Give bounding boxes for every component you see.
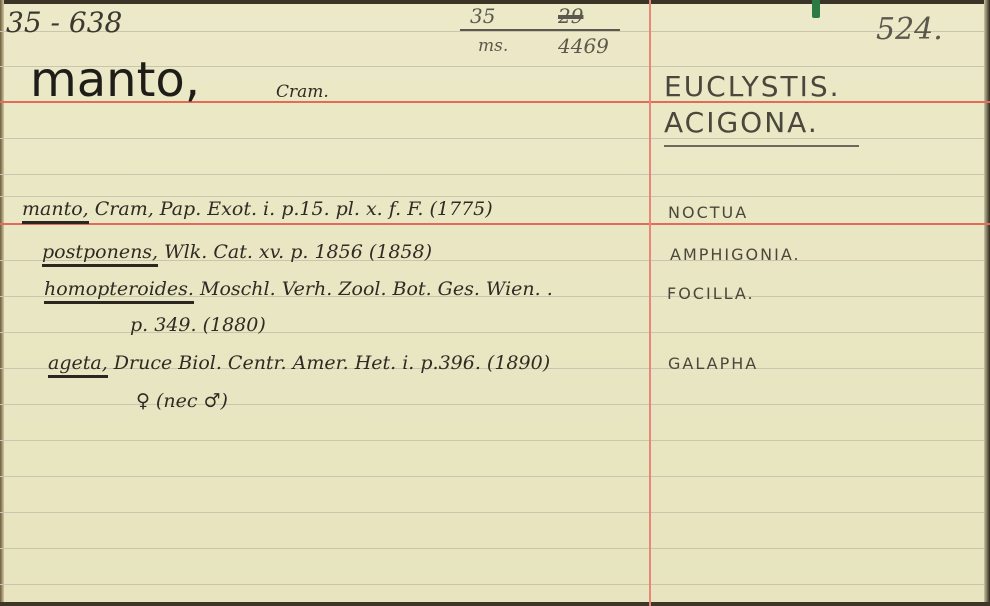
synonym-citation-continuation: ♀ (nec ♂): [136, 390, 228, 412]
synonym-name: ageta,: [48, 352, 108, 378]
fraction-bar: [460, 29, 620, 31]
synonym-entry: postponens, Wlk. Cat. xv. p. 1856 (1858): [42, 241, 432, 263]
card-page-number: 524.: [876, 12, 943, 47]
synonym-genus: AMPHIGONIA.: [670, 245, 801, 264]
ruled-line: [0, 584, 984, 585]
red-margin-line: [649, 0, 651, 606]
genus-heading-secondary: ACIGONA.: [664, 106, 859, 147]
synonym-name: manto,: [22, 198, 89, 224]
synonym-entry: homopteroides. Moschl. Verh. Zool. Bot. …: [44, 278, 553, 300]
green-tab-marker: [812, 0, 820, 18]
synonym-citation: Wlk. Cat. xv. p. 1856 (1858): [164, 241, 432, 263]
synonym-citation: Moschl. Verh. Zool. Bot. Ges. Wien. .: [200, 278, 553, 300]
index-card: 35 - 638 35 29 ms. 4469 524. manto, Cram…: [0, 0, 990, 606]
synonym-entry: manto, Cram, Pap. Exot. i. p.15. pl. x. …: [22, 198, 493, 220]
synonym-genus: NOCTUA: [668, 203, 748, 222]
ruled-line: [0, 512, 984, 513]
red-header-line: [0, 223, 990, 225]
synonym-entry: ageta, Druce Biol. Centr. Amer. Het. i. …: [48, 352, 550, 374]
ruled-line: [0, 440, 984, 441]
ruled-line: [0, 31, 984, 32]
register-numerator-struck: 29: [558, 4, 583, 28]
synonym-name: homopteroides.: [44, 278, 194, 304]
ruled-line: [0, 548, 984, 549]
register-numerator-left: 35: [470, 4, 495, 28]
synonym-citation: Cram, Pap. Exot. i. p.15. pl. x. f. F. (…: [95, 198, 493, 220]
synonym-citation: Druce Biol. Centr. Amer. Het. i. p.396. …: [114, 352, 550, 374]
synonym-genus: FOCILLA.: [667, 284, 755, 303]
synonym-genus: GALAPHA: [668, 354, 758, 373]
register-denominator-right: 4469: [558, 34, 609, 58]
ruled-line: [0, 476, 984, 477]
card-bottom-edge: [0, 602, 990, 606]
synonym-name: postponens,: [42, 241, 158, 267]
card-right-edge: [984, 0, 990, 606]
genus-heading-primary: EUCLYSTIS.: [664, 70, 841, 103]
register-denominator-left: ms.: [478, 36, 508, 56]
ruled-line: [0, 174, 984, 175]
synonym-citation-continuation: p. 349. (1880): [130, 314, 266, 336]
species-heading: manto,: [30, 52, 200, 108]
reference-number: 35 - 638: [6, 6, 122, 39]
species-author: Cram.: [276, 82, 329, 102]
card-left-edge: [0, 0, 4, 606]
ruled-line: [0, 196, 984, 197]
